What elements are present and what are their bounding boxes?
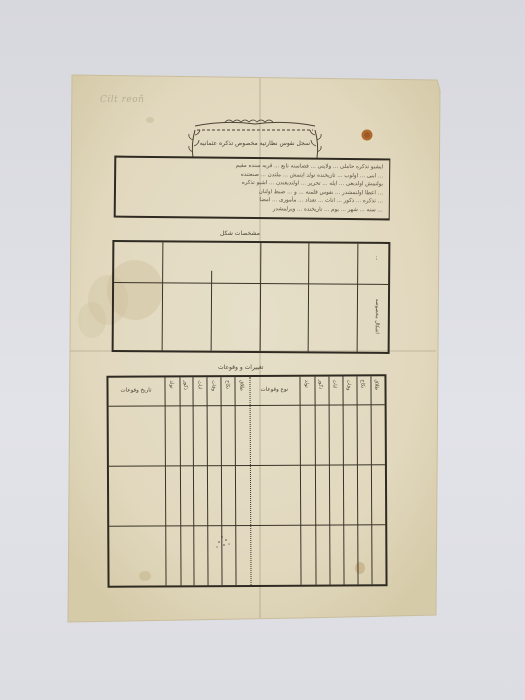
center-dotted-divider [249, 377, 252, 585]
column-header: نوع وقوعات [261, 387, 289, 393]
column-divider [192, 377, 194, 585]
column-divider [234, 377, 236, 585]
column-divider [299, 377, 301, 585]
column-header: نکاح [359, 379, 365, 388]
column-header: تاریخ وقوعات [121, 387, 152, 393]
column-header: اناث [196, 380, 202, 389]
form-title: سجل نفوس نظارتیه مخصوص تذکره عثمانیه [210, 140, 310, 147]
column-header: ذکور [317, 380, 323, 390]
row-divider [114, 282, 388, 285]
column-divider [220, 377, 222, 585]
pencil-annotation: Cilt reoñ [100, 95, 144, 105]
column-divider [328, 377, 330, 585]
column-header: طلاق [238, 380, 244, 391]
upper-table-label: اشکال مخصوصه [374, 299, 380, 334]
column-divider [179, 377, 181, 585]
column-header: طلاق [373, 379, 379, 390]
column-divider [260, 243, 262, 351]
column-header: تولد [303, 380, 309, 388]
upper-table-label: ... [374, 256, 380, 261]
column-divider [370, 376, 372, 584]
physical-description-table: ... اشکال مخصوصه [112, 240, 391, 354]
column-divider [356, 376, 358, 584]
column-divider [162, 242, 164, 350]
column-divider [357, 244, 359, 352]
events-register-table: تاریخ وقوعات تولد ذکور اناث وفات نکاح طل… [106, 374, 387, 587]
upper-table-caption: مشخصات شکل [220, 230, 260, 237]
column-divider [164, 377, 166, 585]
column-divider [308, 243, 310, 351]
column-header: وفات [210, 380, 216, 391]
document-paper: Cilt reoñ سجل نفوس نظارتیه مخصوص تذکره ع… [0, 0, 525, 700]
column-divider [314, 377, 316, 585]
column-header: تولد [168, 380, 174, 388]
lower-table-caption: تغییرات و وقوعات [218, 364, 263, 371]
column-header: وفات [345, 379, 351, 390]
column-header: ذکور [182, 380, 188, 390]
column-header: نکاح [224, 380, 230, 389]
instructions-text-block: ایشبو تذکره حاملی ... ولایتی ... قضاسنه … [114, 156, 391, 221]
column-divider [206, 377, 208, 585]
column-header: اناث [331, 380, 337, 389]
column-divider [342, 376, 344, 584]
